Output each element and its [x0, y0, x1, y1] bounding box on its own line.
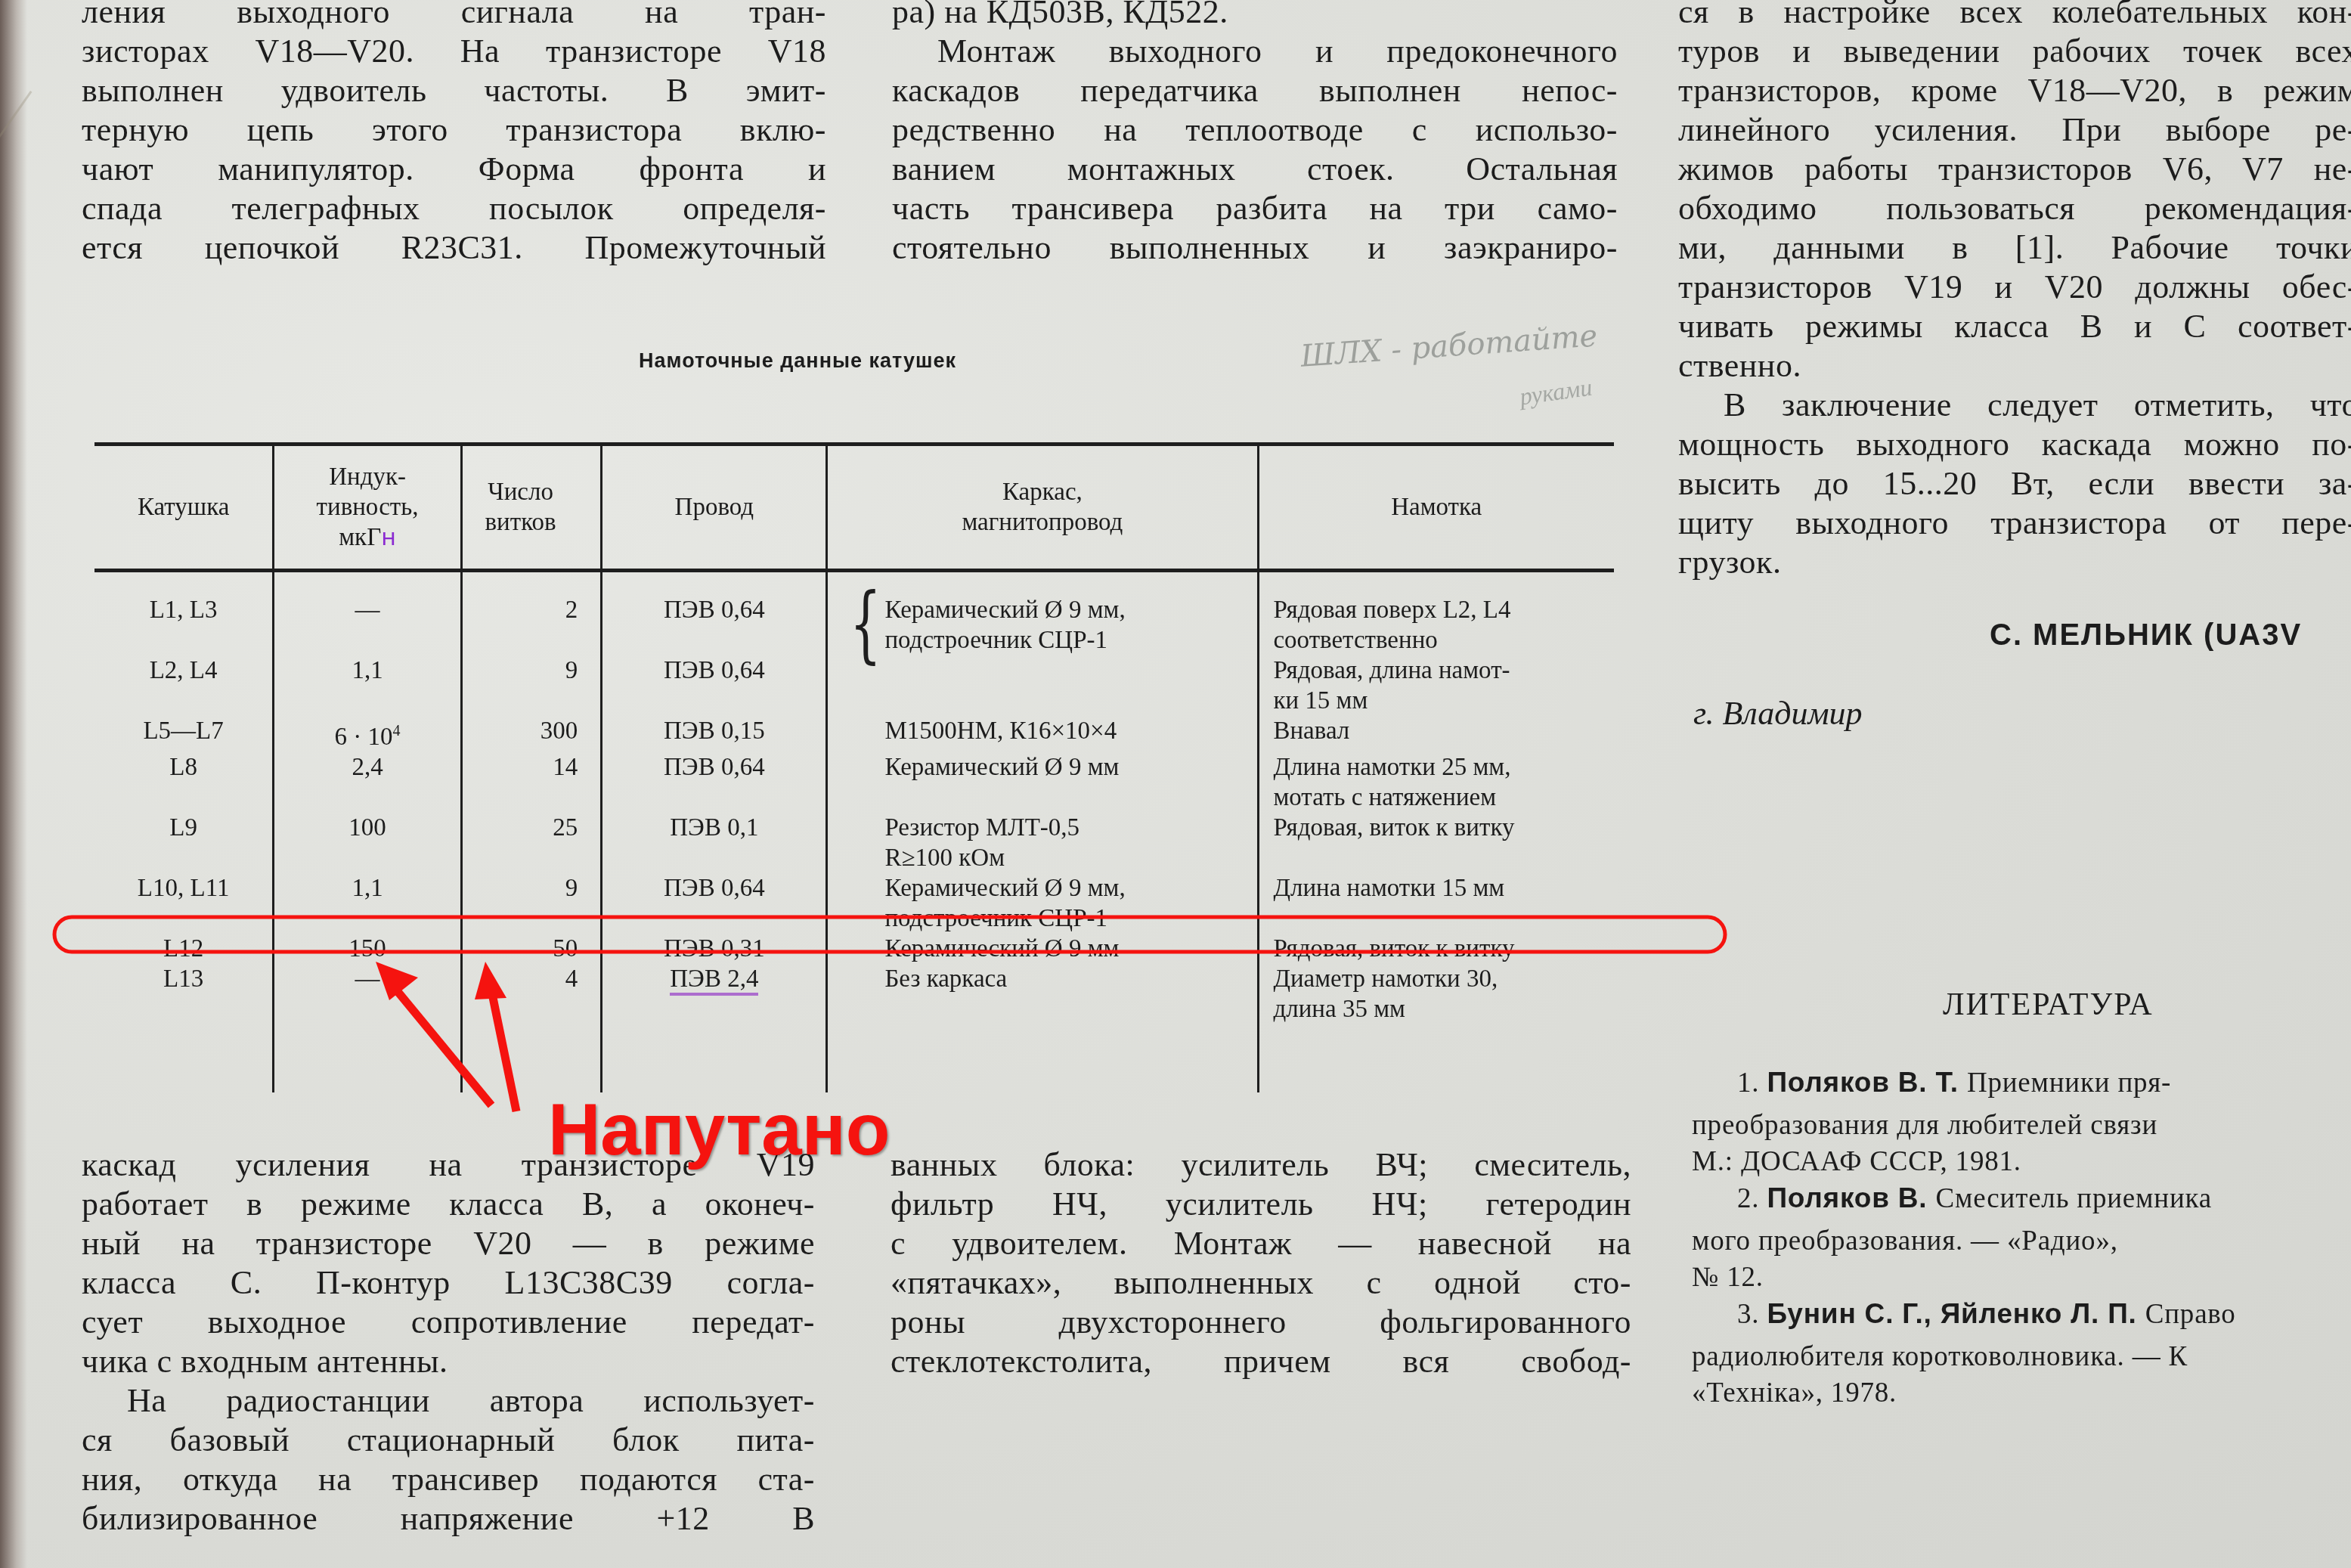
table-row: подстроечник СЦР-1	[94, 903, 1614, 934]
text-line: сует выходное сопротивление передат-	[82, 1303, 815, 1342]
cell-coil: L9	[94, 813, 274, 843]
cell-turns: 50	[461, 934, 601, 964]
cell-empty	[602, 1024, 827, 1092]
cell-coil: L5—L7	[94, 716, 274, 752]
cell-core	[827, 994, 1259, 1024]
cell-empty	[274, 1024, 462, 1092]
text-line: высить до 15...20 Вт, если ввести за-	[1678, 464, 2351, 504]
cell-empty	[827, 1024, 1259, 1092]
text-line: обходимо пользоваться рекомендация-	[1678, 189, 2351, 228]
literature-line: № 12.	[1692, 1260, 2351, 1296]
text-line: ственно.	[1678, 346, 2351, 386]
cell-wire: ПЭВ 0,64	[602, 655, 827, 686]
text-line: роны двухстороннего фольгированного	[891, 1303, 1631, 1342]
header-wire: Провод	[602, 445, 827, 571]
cell-coil: L8	[94, 752, 274, 782]
cell-inductance	[274, 686, 462, 716]
cell-winding: длина 35 мм	[1259, 994, 1614, 1024]
cell-core: М1500НМ, К16×10×4	[827, 716, 1259, 752]
left-column-top-text: ления выходного сигнала на тран-зисторах…	[82, 0, 826, 268]
cell-coil: L10, L11	[94, 873, 274, 903]
cell-winding: Рядовая, длина намот-	[1259, 655, 1614, 686]
text-line: ванием монтажных стоек. Остальная	[892, 150, 1618, 189]
text-line: транзисторов, кроме V18—V20, в режим	[1678, 71, 2351, 110]
text-line: ется цепочкой R23C31. Промежуточный	[82, 228, 826, 268]
cell-empty	[94, 1024, 274, 1092]
cell-turns	[461, 686, 601, 716]
cell-winding: соответственно	[1259, 625, 1614, 655]
cell-winding: Внавал	[1259, 716, 1614, 752]
literature-line: 3. Бунин С. Г., Яйленко Л. П. Справо	[1692, 1296, 2351, 1333]
table-row: L5—L76 · 104300ПЭВ 0,15М1500НМ, К16×10×4…	[94, 716, 1614, 752]
text-line: ный на транзисторе V20 — в режиме	[82, 1224, 815, 1263]
cell-core	[827, 782, 1259, 813]
coil-winding-table: Катушка Индук- тивность, мкГн Число витк…	[94, 442, 1614, 1092]
text-line: ния, откуда на трансивер подаются ста-	[82, 1460, 815, 1499]
text-line: линейного усиления. При выборе ре-	[1678, 110, 2351, 150]
cell-turns: 300	[461, 716, 601, 752]
text-line: На радиостанции автора использует-	[82, 1381, 815, 1421]
text-line: зисторах V18—V20. На транзисторе V18	[82, 32, 826, 71]
header-inductance-unit: мкГ	[339, 524, 381, 551]
text-line: грузок.	[1678, 543, 2351, 582]
cell-coil: L1, L3	[94, 571, 274, 626]
cell-core: Керамический Ø 9 мм,	[827, 571, 1259, 626]
literature-line: преобразования для любителей связи	[1692, 1108, 2351, 1144]
text-line: мощность выходного каскада можно по-	[1678, 425, 2351, 464]
handwritten-ink-correction: н	[381, 525, 396, 551]
cell-empty	[1259, 1024, 1614, 1092]
reference-title: Справо	[2145, 1299, 2236, 1330]
cell-wire: ПЭВ 0,64	[602, 571, 827, 626]
cell-inductance: 1,1	[274, 873, 462, 903]
cell-wire	[602, 843, 827, 873]
exponent: 4	[393, 723, 401, 739]
page-edge-shadow	[0, 0, 27, 1568]
text-line: жимов работы транзисторов V6, V7 не-	[1678, 150, 2351, 189]
table-row: ки 15 мм	[94, 686, 1614, 716]
cell-winding: Длина намотки 15 мм	[1259, 873, 1614, 903]
cell-core: Керамический Ø 9 мм	[827, 752, 1259, 782]
literature-line: мого преобразования. — «Радио»,	[1692, 1223, 2351, 1260]
cell-turns: 25	[461, 813, 601, 843]
middle-column-top-text: ра) на КД503В, КД522.Монтаж выходного и …	[892, 0, 1618, 268]
cell-core: Резистор МЛТ-0,5	[827, 813, 1259, 843]
header-winding: Намотка	[1259, 445, 1614, 571]
text-line: редственно на теплоотводе с использо-	[892, 110, 1618, 150]
literature-line: М.: ДОСААФ СССР, 1981.	[1692, 1144, 2351, 1180]
text-line: транзисторов V19 и V20 должны обес-	[1678, 268, 2351, 307]
cell-inductance: 100	[274, 813, 462, 843]
cell-wire: ПЭВ 0,31	[602, 934, 827, 964]
cell-turns: 2	[461, 571, 601, 626]
cell-turns: 9	[461, 655, 601, 686]
curly-brace-symbol: {	[850, 582, 881, 665]
annotation-label: Напутано	[548, 1089, 890, 1172]
text-line: чивать режимы класса В и С соответ-	[1678, 307, 2351, 346]
middle-column-bottom-text: ванных блока: усилитель ВЧ; смеситель,фи…	[891, 1145, 1631, 1381]
cell-wire: ПЭВ 0,64	[602, 873, 827, 903]
reference-authors: Поляков В. Т.	[1767, 1067, 1967, 1098]
cell-coil	[94, 782, 274, 813]
cell-coil: L13	[94, 964, 274, 994]
cell-coil	[94, 843, 274, 873]
cell-inductance	[274, 782, 462, 813]
text-line: выполнен удвоитель частоты. В эмит-	[82, 71, 826, 110]
cell-wire: ПЭВ 0,1	[602, 813, 827, 843]
text-line: часть трансивера разбита на три само-	[892, 189, 1618, 228]
right-column-top-text: ся в настройке всех колебательных кон-ту…	[1678, 0, 2351, 582]
header-turns-line1: Число	[488, 479, 553, 506]
text-line: ми, данными в [1]. Рабочие точки	[1678, 228, 2351, 268]
cell-inductance	[274, 903, 462, 934]
table-row: мотать с натяжением	[94, 782, 1614, 813]
cell-core: подстроечник СЦР-1	[827, 903, 1259, 934]
cell-wire	[602, 903, 827, 934]
text-line: туров и выведении рабочих точек всех	[1678, 32, 2351, 71]
table-row: R≥100 кОм	[94, 843, 1614, 873]
reference-authors: Бунин С. Г., Яйленко Л. П.	[1767, 1298, 2145, 1329]
literature-line: 2. Поляков В. Смеситель приемника	[1692, 1180, 2351, 1217]
text-line: ся в настройке всех колебательных кон-	[1678, 0, 2351, 32]
table-title: Намоточные данные катушек	[639, 349, 956, 373]
reference-number: 3.	[1737, 1299, 1767, 1330]
text-line: с удвоителем. Монтаж — навесной на	[891, 1224, 1631, 1263]
cell-coil	[94, 686, 274, 716]
text-line: каскадов передатчика выполнен непос-	[892, 71, 1618, 110]
reference-title: Приемники пря-	[1967, 1068, 2171, 1099]
cell-wire	[602, 625, 827, 655]
cell-turns	[461, 782, 601, 813]
cell-winding: Длина намотки 25 мм,	[1259, 752, 1614, 782]
cell-turns: 9	[461, 873, 601, 903]
cell-wire	[602, 686, 827, 716]
cell-inductance: 2,4	[274, 752, 462, 782]
text-line: стеклотекстолита, причем вся свобод-	[891, 1342, 1631, 1381]
cell-inductance: —	[274, 964, 462, 994]
literature-line: радиолюбителя коротковолновика. — К	[1692, 1339, 2351, 1375]
cell-inductance: 6 · 104	[274, 716, 462, 752]
cell-winding: Рядовая, виток к витку	[1259, 934, 1614, 964]
cell-turns	[461, 903, 601, 934]
author-city: г. Владимир	[1693, 694, 1863, 733]
header-coil: Катушка	[94, 445, 274, 571]
text-line: Монтаж выходного и предоконечного	[892, 32, 1618, 71]
cell-core: подстроечник СЦР-1	[827, 625, 1259, 655]
text-line: терную цепь этого транзистора вклю-	[82, 110, 826, 150]
cell-inductance: —	[274, 571, 462, 626]
cell-turns	[461, 843, 601, 873]
literature-list: 1. Поляков В. Т. Приемники пря-преобразо…	[1692, 1064, 2351, 1412]
reference-title: Смеситель приемника	[1936, 1183, 2212, 1214]
text-line: ся базовый стационарный блок пита-	[82, 1421, 815, 1460]
cell-winding	[1259, 903, 1614, 934]
cell-winding: ки 15 мм	[1259, 686, 1614, 716]
header-inductance-line2: тивность,	[317, 494, 419, 521]
text-line: ления выходного сигнала на тран-	[82, 0, 826, 32]
cell-wire	[602, 782, 827, 813]
cell-wire: ПЭВ 0,64	[602, 752, 827, 782]
cell-inductance	[274, 625, 462, 655]
literature-heading: ЛИТЕРАТУРА	[1943, 987, 2153, 1023]
text-line: класса С. П-контур L13C38C39 согла-	[82, 1263, 815, 1303]
table-row: L10, L111,19ПЭВ 0,64Керамический Ø 9 мм,…	[94, 873, 1614, 903]
text-line: чика с входным антенны.	[82, 1342, 815, 1381]
cell-turns: 14	[461, 752, 601, 782]
cell-empty	[461, 1024, 601, 1092]
reference-number: 1.	[1737, 1068, 1767, 1099]
cell-turns	[461, 625, 601, 655]
table-row: L13—4ПЭВ 2,4Без каркасаДиаметр намотки 3…	[94, 964, 1614, 994]
table-row-empty	[94, 1024, 1614, 1092]
cell-core	[827, 686, 1259, 716]
cell-winding: Рядовая, виток к витку	[1259, 813, 1614, 843]
literature-line: 1. Поляков В. Т. Приемники пря-	[1692, 1064, 2351, 1102]
cell-inductance: 1,1	[274, 655, 462, 686]
text-line: стоятельно выполненных и заэкраниро-	[892, 228, 1618, 268]
text-line: щиту выходного транзистора от пере-	[1678, 504, 2351, 543]
text-line: билизированное напряжение +12 В	[82, 1499, 815, 1539]
text-line: ванных блока: усилитель ВЧ; смеситель,	[891, 1145, 1631, 1185]
reference-number: 2.	[1737, 1183, 1767, 1214]
literature-line: «Техніка», 1978.	[1692, 1375, 2351, 1412]
table-header-row: Катушка Индук- тивность, мкГн Число витк…	[94, 445, 1614, 571]
text-line: ра) на КД503В, КД522.	[892, 0, 1618, 32]
cell-core	[827, 655, 1259, 686]
cell-inductance	[274, 843, 462, 873]
text-line: чают манипулятор. Форма фронта и	[82, 150, 826, 189]
text-line: фильтр НЧ, усилитель НЧ; гетеродин	[891, 1185, 1631, 1224]
cell-wire	[602, 994, 827, 1024]
cell-coil: L12	[94, 934, 274, 964]
article-author: С. МЕЛЬНИК (UA3V	[1990, 618, 2302, 652]
header-core-line1: Каркас,	[1002, 479, 1083, 506]
cell-core: Керамический Ø 9 мм	[827, 934, 1259, 964]
table-row: L82,414ПЭВ 0,64Керамический Ø 9 ммДлина …	[94, 752, 1614, 782]
text-line: спада телеграфных посылок определя-	[82, 189, 826, 228]
cell-core: R≥100 кОм	[827, 843, 1259, 873]
cell-coil	[94, 994, 274, 1024]
reference-authors: Поляков В.	[1767, 1182, 1935, 1213]
cell-turns	[461, 994, 601, 1024]
cell-winding: Рядовая поверх L2, L4	[1259, 571, 1614, 626]
cell-winding	[1259, 843, 1614, 873]
cell-turns: 4	[461, 964, 601, 994]
left-column-bottom-text: каскад усиления на транзисторе V19работа…	[82, 1145, 815, 1539]
text-line: В заключение следует отметить, что	[1678, 386, 2351, 425]
cell-core: Керамический Ø 9 мм,	[827, 873, 1259, 903]
header-turns-line2: витков	[485, 509, 556, 536]
table-row: длина 35 мм	[94, 994, 1614, 1024]
cell-wire: ПЭВ 2,4	[602, 964, 827, 994]
cell-core: Без каркаса	[827, 964, 1259, 994]
text-line: работает в режиме класса В, а оконеч-	[82, 1185, 815, 1224]
text-line: «пятачках», выполненных с одной сто-	[891, 1263, 1631, 1303]
cell-inductance	[274, 994, 462, 1024]
ink-underlined-value: ПЭВ 2,4	[670, 965, 758, 996]
cell-coil	[94, 625, 274, 655]
cell-wire: ПЭВ 0,15	[602, 716, 827, 752]
header-core-line2: магнитопровод	[962, 509, 1123, 536]
header-inductance: Индук- тивность, мкГн	[274, 445, 462, 571]
cell-inductance: 150	[274, 934, 462, 964]
cell-winding: мотать с натяжением	[1259, 782, 1614, 813]
cell-winding: Диаметр намотки 30,	[1259, 964, 1614, 994]
cell-coil: L2, L4	[94, 655, 274, 686]
header-inductance-line1: Индук-	[329, 463, 406, 491]
table-row-highlighted: L1215050ПЭВ 0,31Керамический Ø 9 ммРядов…	[94, 934, 1614, 964]
cell-coil	[94, 903, 274, 934]
table-row: L910025ПЭВ 0,1Резистор МЛТ-0,5Рядовая, в…	[94, 813, 1614, 843]
header-core: Каркас, магнитопровод	[827, 445, 1259, 571]
header-turns: Число витков	[461, 445, 601, 571]
